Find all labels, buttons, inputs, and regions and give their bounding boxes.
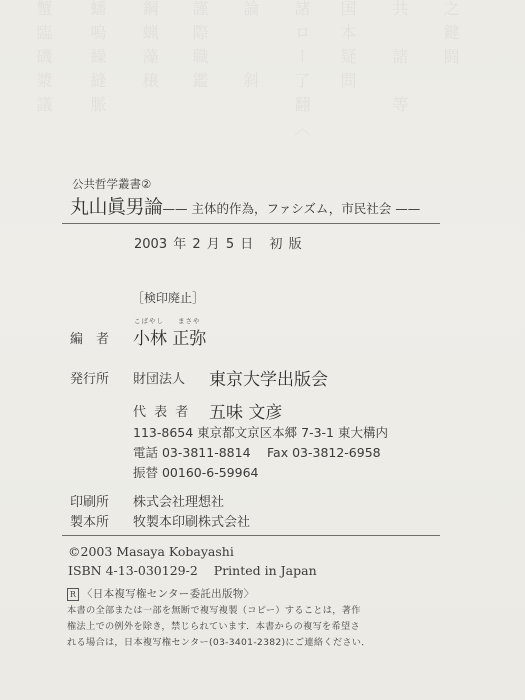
editor-name: 小林 正弥	[133, 324, 206, 349]
publisher-phone-fax: 電話 03-3811-8814 Fax 03-3812-6958	[133, 443, 381, 461]
rights-line: 本書の全部または一部を無断で複写複製（コピー）することは，著作	[67, 603, 371, 619]
printer-name: 株式会社理想社	[133, 491, 224, 510]
show-through-text: 蟠嗚繰縫脈	[90, 0, 110, 120]
title-main: 丸山眞男論	[70, 196, 163, 218]
publisher-type: 財団法人	[133, 368, 185, 387]
isbn: ISBN 4-13-030129-2	[68, 563, 198, 578]
copyright-line: ©2003 Masaya Kobayashi	[68, 544, 234, 559]
rights-heading-row: R〈日本複写権センター委託出版物〉	[67, 586, 371, 603]
publisher-name: 東京大学出版会	[209, 365, 328, 390]
representative-name: 五味 文彦	[209, 398, 282, 423]
edition-date: 2003 年 2 月 5 日	[134, 237, 253, 252]
representative-label: 代 表 者	[133, 401, 190, 420]
show-through-text: 鋼蝋藻穣	[142, 0, 162, 96]
publisher-label: 発行所	[70, 368, 109, 387]
publisher-transfer-account: 振替 00160-6-59964	[133, 463, 258, 481]
publisher-address: 113-8654 東京都文京区本郷 7-3-1 東大構内	[133, 423, 388, 441]
title-subtitle: —— 主体的作為，ファシズム，市民社会 ——	[163, 201, 421, 216]
show-through-text: 謹際職鑑	[192, 0, 212, 96]
isbn-line: ISBN 4-13-030129-2 Printed in Japan	[68, 563, 317, 578]
registered-r-icon: R	[67, 588, 79, 601]
binder-label: 製本所	[70, 511, 109, 530]
show-through-text: 国本疑問	[340, 0, 360, 96]
top-rule	[62, 223, 440, 224]
show-through-text: 之鍵闘	[443, 0, 463, 72]
binder-name: 牧製本印刷株式会社	[133, 511, 250, 530]
seal-notice: ［検印廃止］	[132, 289, 204, 306]
rights-heading: 〈日本複写権センター委託出版物〉	[82, 588, 254, 600]
book-title: 丸山眞男論—— 主体的作為，ファシズム，市民社会 ——	[70, 192, 420, 219]
show-through-text: 蟹臨磯漿議	[36, 0, 56, 120]
printed-in: Printed in Japan	[214, 563, 317, 578]
show-through-text: 論 斜	[243, 0, 263, 96]
bottom-rule	[62, 535, 440, 536]
rights-notice: R〈日本複写権センター委託出版物〉 本書の全部または一部を無断で複写複製（コピー…	[67, 586, 371, 651]
editor-label: 編 者	[70, 328, 109, 347]
printer-label: 印刷所	[70, 491, 109, 510]
rights-line: 権法上での例外を除き，禁じられています．本書からの複写を希望さ	[67, 619, 371, 635]
edition-line: 2003 年 2 月 5 日 初 版	[134, 233, 302, 252]
show-through-text: 諸ロー了翻〈	[294, 0, 314, 144]
series-name: 公共哲学叢書②	[72, 176, 151, 192]
edition-label: 初 版	[269, 237, 301, 252]
rights-line: れる場合は，日本複写権センター(03-3401-2382)にご連絡ください．	[67, 635, 371, 651]
colophon-page: 蟹臨磯漿議 蟠嗚繰縫脈 鋼蝋藻穣 謹際職鑑 論 斜 諸ロー了翻〈 国本疑問 共 …	[0, 0, 525, 700]
show-through-text: 共 諸 等	[392, 0, 412, 120]
